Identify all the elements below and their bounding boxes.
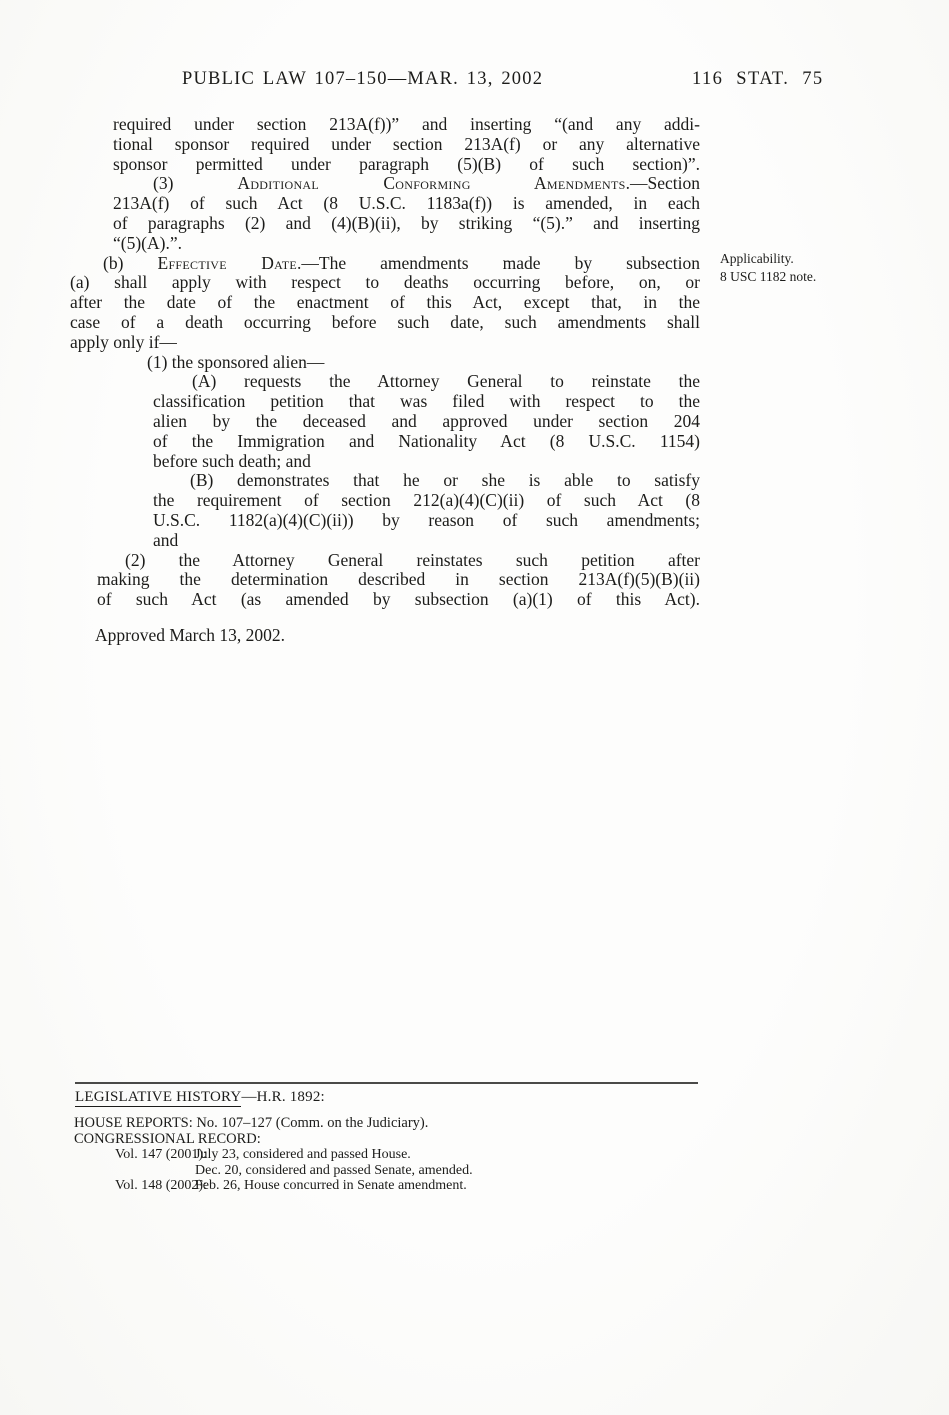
- text-segment: (b): [103, 253, 157, 273]
- body-line: case of a death occurring before such da…: [70, 313, 700, 333]
- text-segment: of such Act (as amended by subsection (a…: [97, 589, 700, 609]
- margin-note-applicability: Applicability.: [720, 250, 905, 268]
- text-segment: sponsor permitted under paragraph (5)(B)…: [113, 154, 700, 174]
- body-line: of paragraphs (2) and (4)(B)(ii), by str…: [70, 214, 700, 234]
- text-segment: tional sponsor required under section 21…: [113, 134, 700, 154]
- small-caps-segment: Additional Conforming Amendments: [237, 173, 625, 193]
- body-line: (b) Effective Date.—The amendments made …: [70, 254, 700, 274]
- text-segment: “(5)(A).”.: [113, 233, 182, 253]
- congressional-record-entry: Dec. 20, considered and passed Senate, a…: [115, 1163, 473, 1179]
- text-segment: of the Immigration and Nationality Act (…: [153, 431, 700, 451]
- body-line: (a) shall apply with respect to deaths o…: [70, 273, 700, 293]
- congressional-record-entry: Vol. 148 (2002):Feb. 26, House concurred…: [115, 1178, 473, 1194]
- body-line: (B) demonstrates that he or she is able …: [70, 471, 700, 491]
- text-segment: 213A(f) of such Act (8 U.S.C. 1183a(f)) …: [113, 193, 700, 213]
- body-line: the requirement of section 212(a)(4)(C)(…: [70, 491, 700, 511]
- small-caps-segment: Effective Date: [157, 253, 297, 273]
- text-segment: (A) requests the Attorney General to rei…: [192, 371, 700, 391]
- body-line: alien by the deceased and approved under…: [70, 412, 700, 432]
- body-line: of the Immigration and Nationality Act (…: [70, 432, 700, 452]
- body-line: classification petition that was filed w…: [70, 392, 700, 412]
- text-segment: and: [153, 530, 178, 550]
- record-volume-label: Vol. 148 (2002):: [115, 1178, 195, 1194]
- document-page: PUBLIC LAW 107–150—MAR. 13, 2002 116 STA…: [0, 0, 949, 1415]
- text-segment: required under section 213A(f))” and ins…: [113, 114, 700, 134]
- statute-text-block: required under section 213A(f))” and ins…: [70, 115, 700, 610]
- house-reports-line: HOUSE REPORTS: No. 107–127 (Comm. on the…: [74, 1115, 428, 1132]
- text-segment: (a) shall apply with respect to deaths o…: [70, 272, 700, 292]
- body-line: (1) the sponsored alien—: [70, 353, 700, 373]
- page-header-law-title: PUBLIC LAW 107–150—MAR. 13, 2002: [182, 69, 543, 90]
- congressional-record-entry: Vol. 147 (2001):July 23, considered and …: [115, 1147, 473, 1163]
- legislative-history-divider: [75, 1082, 698, 1084]
- text-segment: of paragraphs (2) and (4)(B)(ii), by str…: [113, 213, 700, 233]
- text-segment: classification petition that was filed w…: [153, 391, 700, 411]
- body-line: sponsor permitted under paragraph (5)(B)…: [70, 155, 700, 175]
- text-segment: after the date of the enactment of this …: [70, 292, 700, 312]
- legislative-history-heading-underlined: LEGISLATIVE HISTORY: [75, 1089, 241, 1107]
- body-line: tional sponsor required under section 21…: [70, 135, 700, 155]
- text-segment: case of a death occurring before such da…: [70, 312, 700, 332]
- body-line: required under section 213A(f))” and ins…: [70, 115, 700, 135]
- text-segment: alien by the deceased and approved under…: [153, 411, 700, 431]
- legislative-history-bill-number: —H.R. 1892:: [241, 1089, 324, 1105]
- body-line: after the date of the enactment of this …: [70, 293, 700, 313]
- margin-note-usc-citation: 8 USC 1182 note.: [720, 268, 905, 286]
- text-segment: before such death; and: [153, 451, 311, 471]
- congressional-record-entries: Vol. 147 (2001):July 23, considered and …: [115, 1147, 473, 1194]
- record-volume-label: Vol. 147 (2001):: [115, 1147, 195, 1163]
- body-line: (A) requests the Attorney General to rei…: [70, 372, 700, 392]
- text-segment: U.S.C. 1182(a)(4)(C)(ii)) by reason of s…: [153, 510, 700, 530]
- text-segment: (2) the Attorney General reinstates such…: [125, 550, 700, 570]
- body-line: before such death; and: [70, 452, 700, 472]
- legislative-history-heading: LEGISLATIVE HISTORY—H.R. 1892:: [75, 1089, 325, 1106]
- body-line: (3) Additional Conforming Amendments.—Se…: [70, 174, 700, 194]
- margin-note: Applicability. 8 USC 1182 note.: [720, 250, 905, 285]
- page-header-stat-citation: 116 STAT. 75: [692, 69, 824, 90]
- congressional-record-label: CONGRESSIONAL RECORD:: [74, 1131, 261, 1148]
- body-line: apply only if—: [70, 333, 700, 353]
- text-segment: apply only if—: [70, 332, 177, 352]
- text-segment: the requirement of section 212(a)(4)(C)(…: [153, 490, 700, 510]
- body-line: (2) the Attorney General reinstates such…: [70, 551, 700, 571]
- text-segment: (B) demonstrates that he or she is able …: [190, 470, 700, 490]
- text-segment: (1) the sponsored alien—: [147, 352, 324, 372]
- record-action-text: July 23, considered and passed House.: [195, 1147, 411, 1162]
- body-line: U.S.C. 1182(a)(4)(C)(ii)) by reason of s…: [70, 511, 700, 531]
- text-segment: (3): [153, 173, 237, 193]
- text-segment: making the determination described in se…: [97, 569, 700, 589]
- record-action-text: Feb. 26, House concurred in Senate amend…: [195, 1178, 467, 1193]
- body-line: and: [70, 531, 700, 551]
- text-segment: .—The amendments made by subsection: [297, 253, 700, 273]
- body-line: “(5)(A).”.: [70, 234, 700, 254]
- body-line: 213A(f) of such Act (8 U.S.C. 1183a(f)) …: [70, 194, 700, 214]
- text-segment: .—Section: [626, 173, 700, 193]
- body-line: of such Act (as amended by subsection (a…: [70, 590, 700, 610]
- record-action-text: Dec. 20, considered and passed Senate, a…: [195, 1163, 473, 1178]
- body-line: making the determination described in se…: [70, 570, 700, 590]
- approval-line: Approved March 13, 2002.: [95, 625, 285, 646]
